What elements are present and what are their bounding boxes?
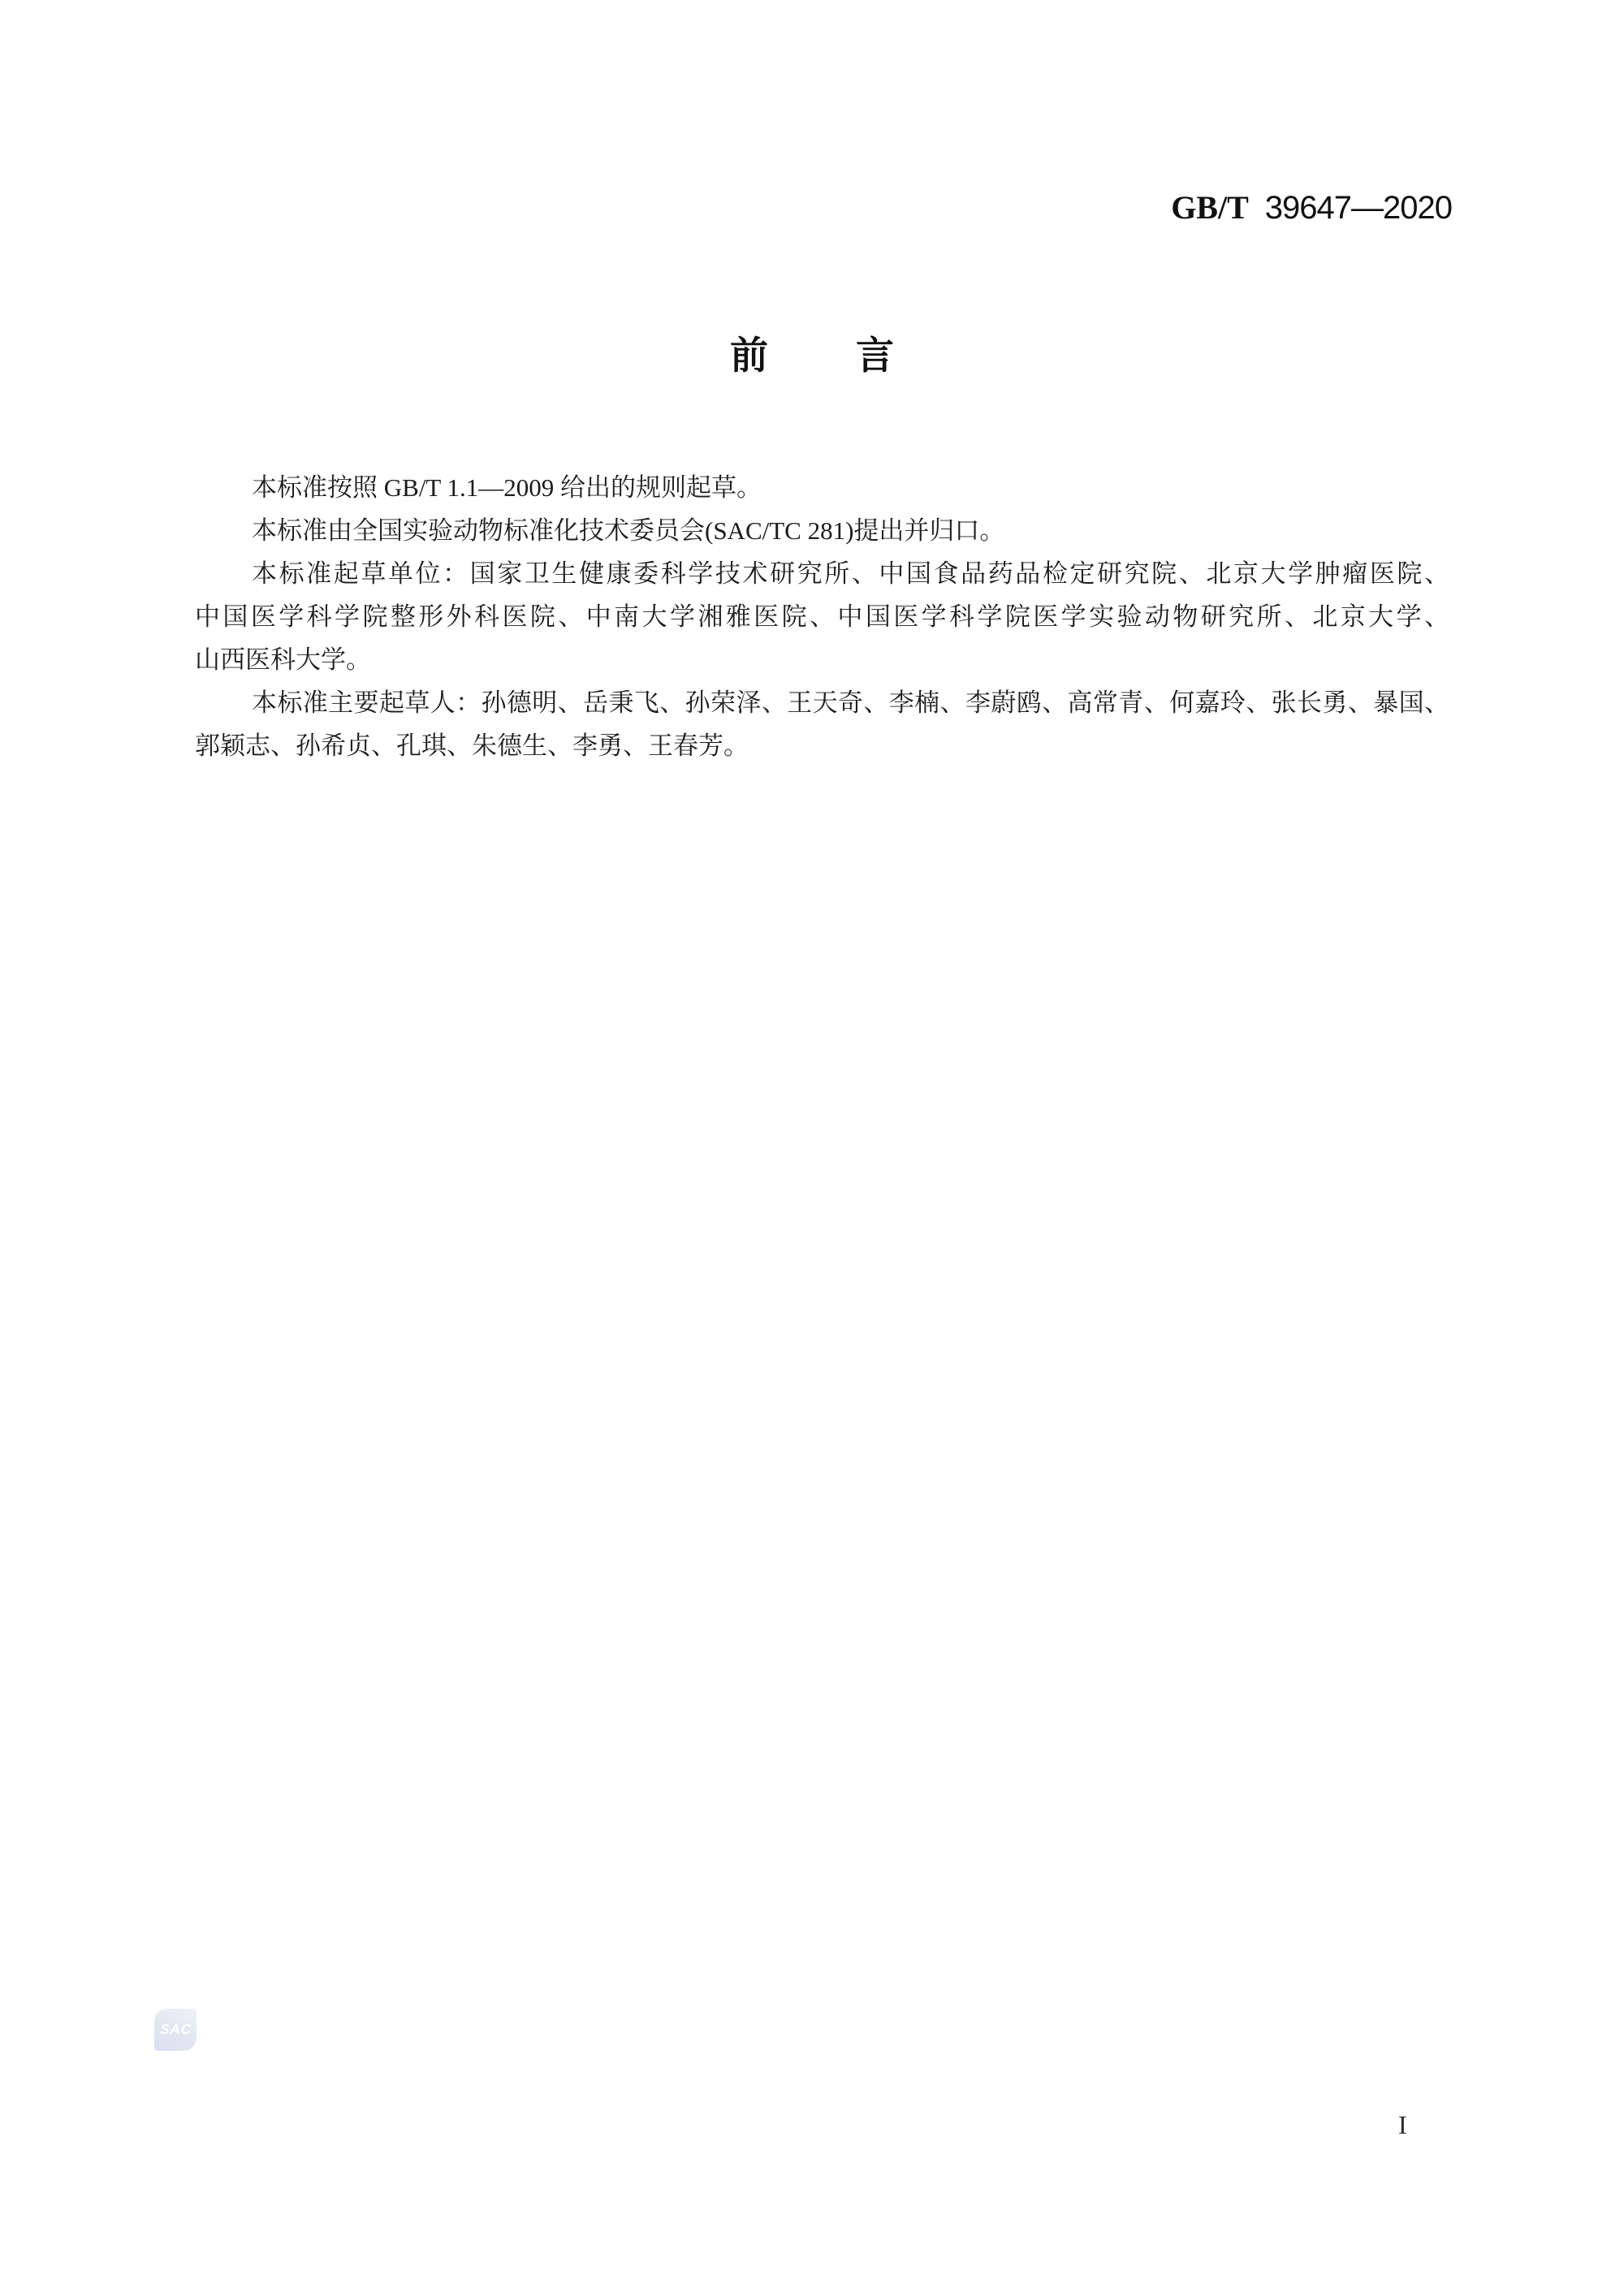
standard-code: GB/T39647—2020 — [1171, 192, 1452, 224]
foreword-body: 本标准按照 GB/T 1.1—2009 给出的规则起草。本标准由全国实验动物标准… — [195, 466, 1449, 767]
text-line: 山西医科大学。 — [195, 638, 1449, 681]
text-line: 中国医学科学院整形外科医院、中南大学湘雅医院、中国医学科学院医学实验动物研究所、… — [195, 595, 1449, 638]
foreword-paragraph: 本标准主要起草人：孙德明、岳秉飞、孙荣泽、王天奇、李楠、李蔚鸥、高常青、何嘉玲、… — [195, 681, 1449, 767]
foreword-paragraph: 本标准由全国实验动物标准化技术委员会(SAC/TC 281)提出并归口。 — [195, 509, 1449, 552]
text-line: 本标准主要起草人：孙德明、岳秉飞、孙荣泽、王天奇、李楠、李蔚鸥、高常青、何嘉玲、… — [195, 681, 1449, 724]
title-char-first: 前 — [730, 334, 768, 377]
text-line: 郭颖志、孙希贞、孔琪、朱德生、李勇、王春芳。 — [195, 724, 1449, 767]
foreword-paragraph: 本标准起草单位：国家卫生健康委科学技术研究所、中国食品药品检定研究院、北京大学肿… — [195, 552, 1449, 681]
text-line: 本标准由全国实验动物标准化技术委员会(SAC/TC 281)提出并归口。 — [195, 509, 1449, 552]
standard-code-prefix: GB/T — [1171, 189, 1249, 226]
sac-logo-text: SAC — [158, 2022, 192, 2038]
title-char-second: 言 — [856, 334, 894, 377]
text-line: 本标准按照 GB/T 1.1—2009 给出的规则起草。 — [195, 466, 1449, 509]
sac-logo: SAC — [154, 2009, 197, 2051]
document-page: GB/T39647—2020 前 言 本标准按照 GB/T 1.1—2009 给… — [0, 0, 1624, 2296]
foreword-paragraph: 本标准按照 GB/T 1.1—2009 给出的规则起草。 — [195, 466, 1449, 509]
page-number: I — [1398, 2111, 1407, 2138]
page-title: 前 言 — [0, 334, 1624, 377]
text-line: 本标准起草单位：国家卫生健康委科学技术研究所、中国食品药品检定研究院、北京大学肿… — [195, 552, 1449, 595]
standard-code-number: 39647—2020 — [1265, 190, 1452, 226]
